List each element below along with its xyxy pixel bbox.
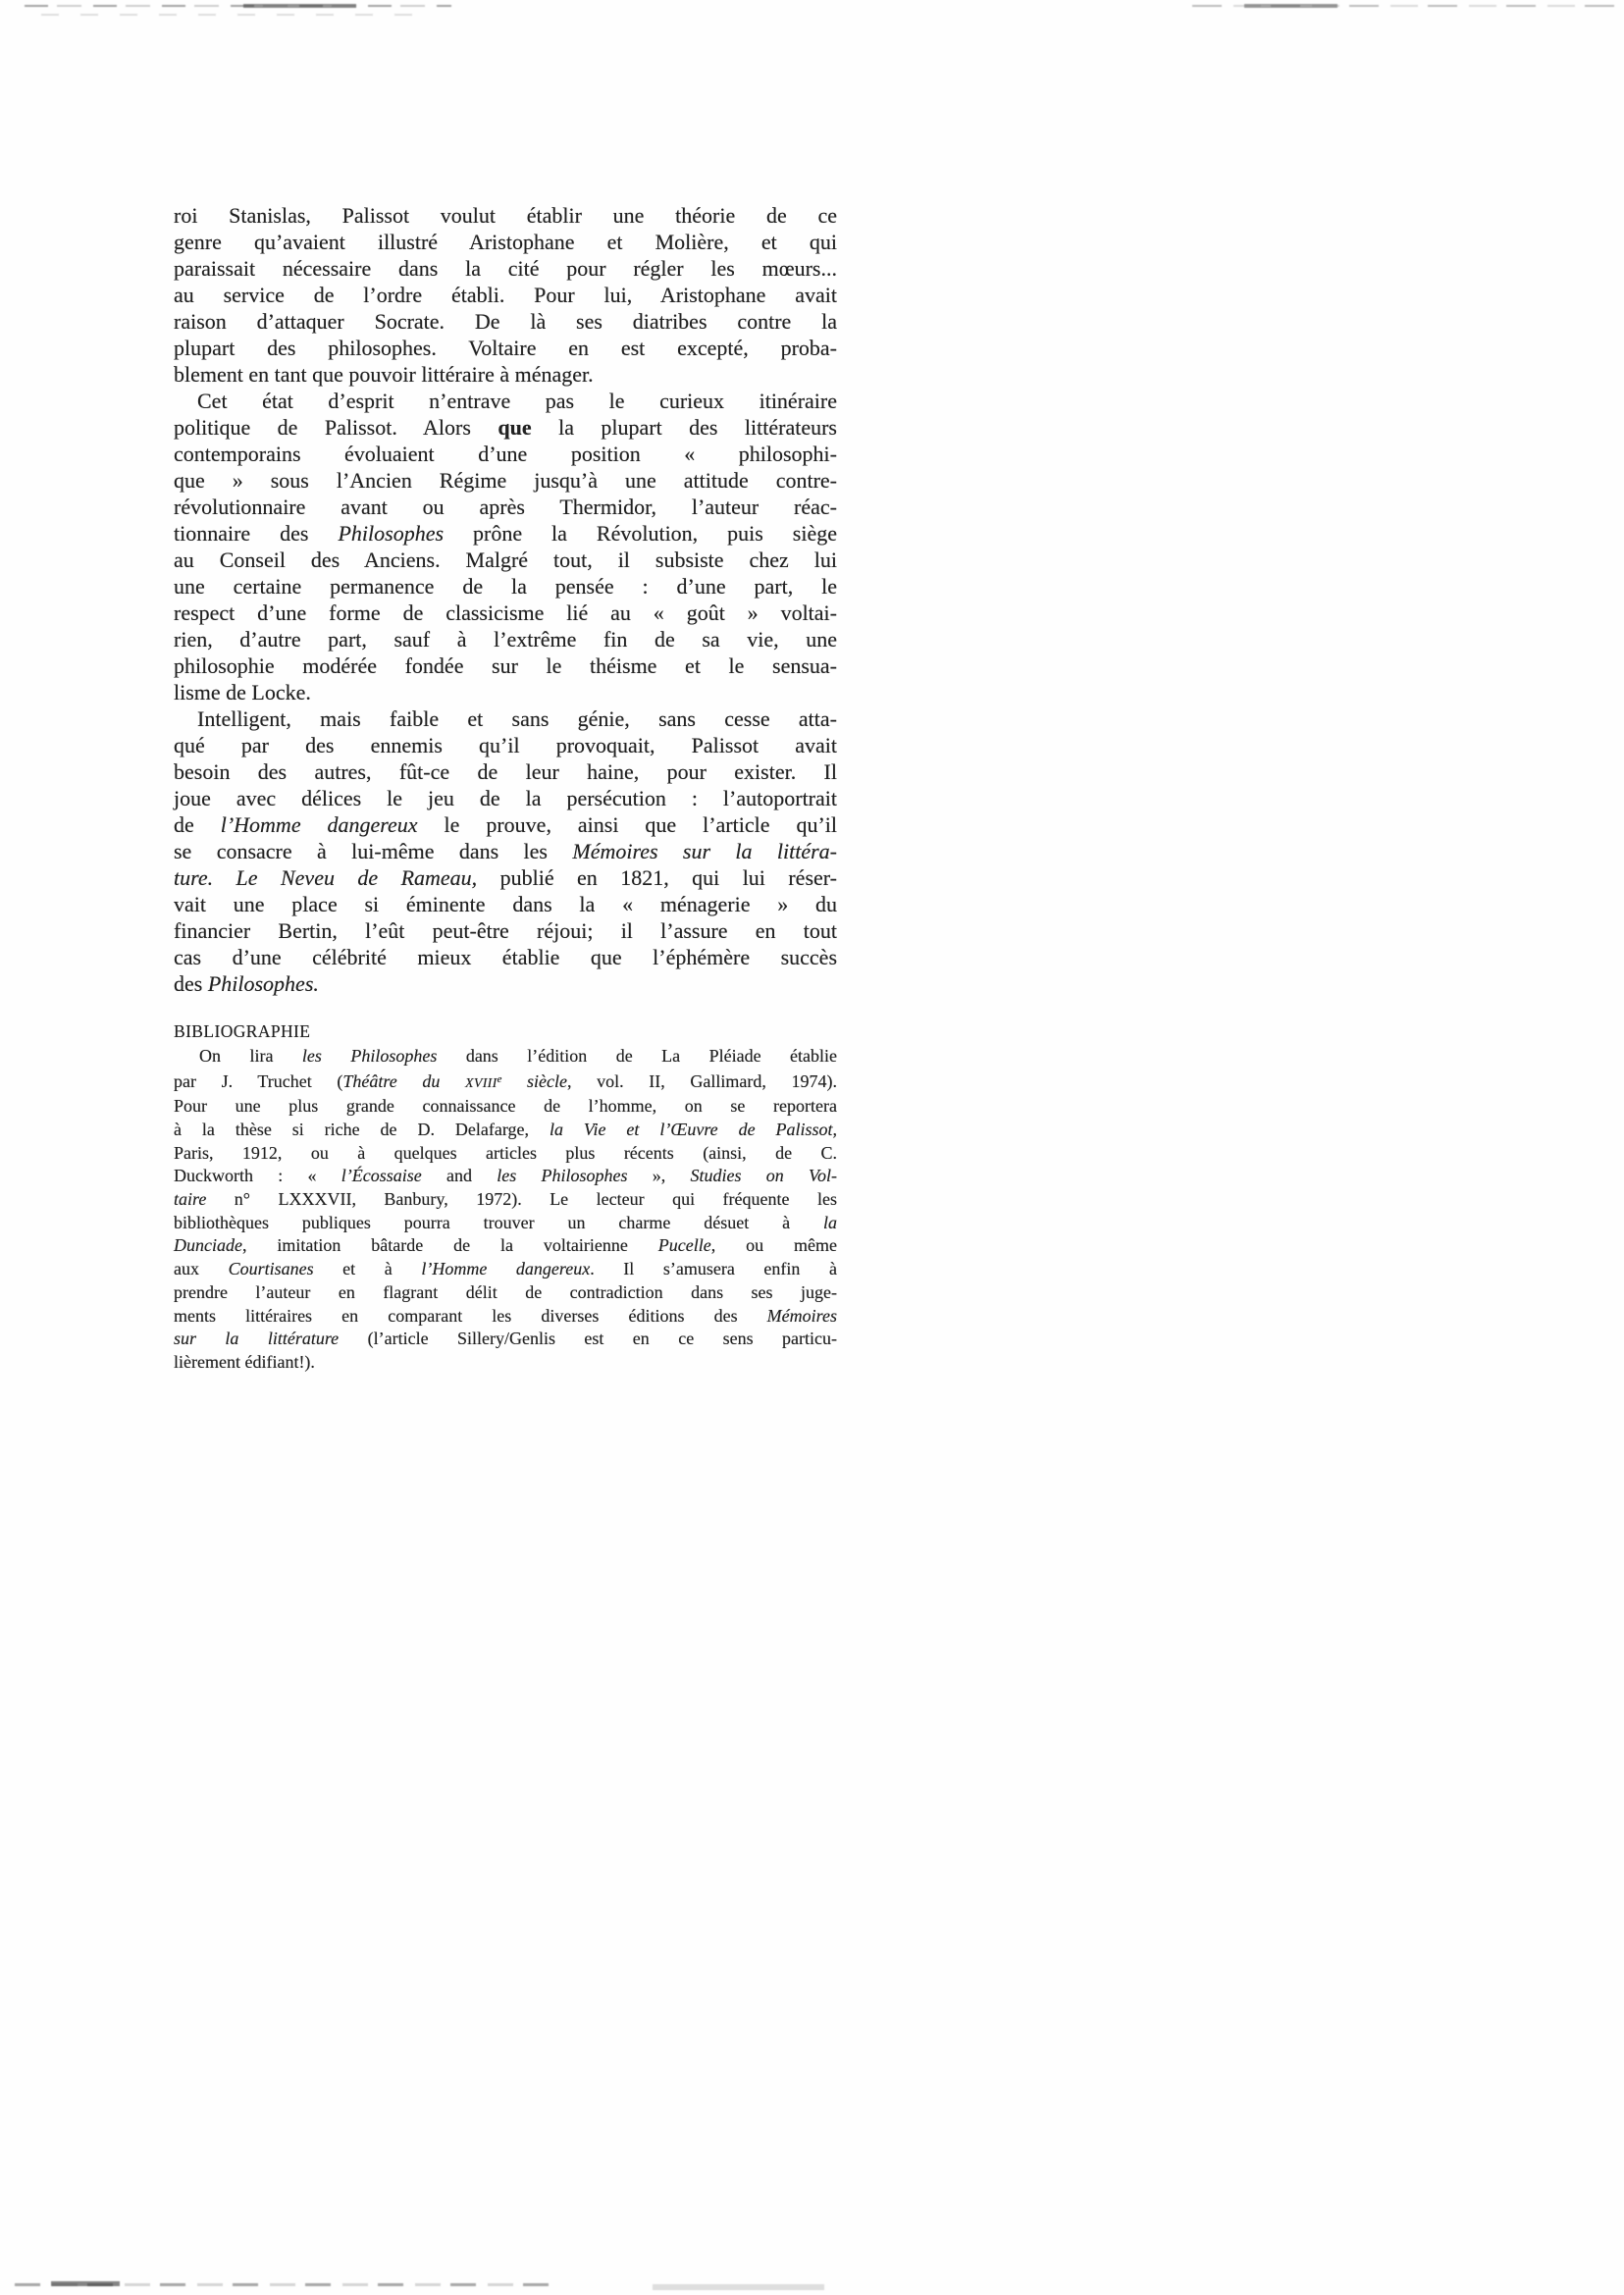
body-paragraph: roi Stanislas, Palissot voulut établir u… bbox=[174, 202, 837, 388]
text-line: genre qu’avaient illustré Aristophane et… bbox=[174, 229, 837, 255]
text-line: On lira les Philosophes dans l’édition d… bbox=[174, 1045, 837, 1069]
text-segment: Dunciade bbox=[174, 1235, 242, 1255]
text-segment: dans l’édition de La Pléiade établie bbox=[437, 1046, 837, 1066]
text-segment: l’Écossaise bbox=[341, 1166, 422, 1185]
text-segment: financier Bertin, l’eût peut-être réjoui… bbox=[174, 918, 837, 943]
text-segment: par J. Truchet ( bbox=[174, 1071, 342, 1091]
text-segment: et à bbox=[314, 1259, 422, 1278]
body-paragraph: Intelligent, mais faible et sans génie, … bbox=[174, 705, 837, 997]
text-line: sur la littérature (l’article Sillery/Ge… bbox=[174, 1328, 837, 1351]
text-line: par J. Truchet (Théâtre du xviiie siècle… bbox=[174, 1069, 837, 1096]
bibliography-text: On lira les Philosophes dans l’édition d… bbox=[174, 1045, 837, 1375]
text-segment: Théâtre du bbox=[342, 1071, 465, 1091]
text-line: Intelligent, mais faible et sans génie, … bbox=[174, 705, 837, 732]
text-line: paraissait nécessaire dans la cité pour … bbox=[174, 255, 837, 282]
text-line: cas d’une célébrité mieux établie que l’… bbox=[174, 944, 837, 970]
text-segment: à la thèse si riche de D. Delafarge, bbox=[174, 1120, 550, 1139]
scan-artifact-top-right bbox=[1192, 5, 1619, 7]
body-paragraph: Cet état d’esprit n’entrave pas le curie… bbox=[174, 388, 837, 705]
text-segment: contemporains évoluaient d’une position … bbox=[174, 442, 837, 466]
text-segment: les Philosophes bbox=[497, 1166, 627, 1185]
text-line: Pour une plus grande connaissance de l’h… bbox=[174, 1095, 837, 1119]
text-line: ture. Le Neveu de Rameau, publié en 1821… bbox=[174, 864, 837, 891]
text-segment: se consacre à lui-même dans les bbox=[174, 839, 572, 863]
text-segment: le prouve, ainsi que l’article qu’il bbox=[418, 812, 837, 837]
text-segment: , imitation bâtarde de la voltairienne bbox=[242, 1235, 658, 1255]
text-segment: au Conseil des Anciens. Malgré tout, il … bbox=[174, 548, 837, 572]
text-line: une certaine permanence de la pensée : d… bbox=[174, 573, 837, 600]
text-segment: On lira bbox=[199, 1046, 302, 1066]
text-segment: Studies on Vol- bbox=[691, 1166, 838, 1185]
text-segment: politique de Palissot. Alors bbox=[174, 415, 498, 440]
text-segment: tionnaire des bbox=[174, 521, 338, 546]
text-segment: genre qu’avaient illustré Aristophane et… bbox=[174, 230, 837, 254]
text-segment: la bbox=[823, 1213, 837, 1232]
text-segment: prendre l’auteur en flagrant délit de co… bbox=[174, 1282, 837, 1302]
text-line: au service de l’ordre établi. Pour lui, … bbox=[174, 282, 837, 308]
text-line: que » sous l’Ancien Régime jusqu’à une a… bbox=[174, 467, 837, 494]
text-segment: l’Homme dangereux bbox=[421, 1259, 590, 1278]
text-segment: n° LXXXVII, Banbury, 1972). Le lecteur q… bbox=[206, 1189, 837, 1209]
text-segment: Intelligent, mais faible et sans génie, … bbox=[197, 706, 837, 731]
text-segment: plupart des philosophes. Voltaire en est… bbox=[174, 336, 837, 360]
text-segment: », bbox=[627, 1166, 690, 1185]
text-line: se consacre à lui-même dans les Mémoires… bbox=[174, 838, 837, 864]
text-segment: aux bbox=[174, 1259, 229, 1278]
text-segment: roi Stanislas, Palissot voulut établir u… bbox=[174, 203, 837, 228]
text-line: au Conseil des Anciens. Malgré tout, il … bbox=[174, 547, 837, 573]
text-line: respect d’une forme de classicisme lié a… bbox=[174, 600, 837, 626]
text-line: roi Stanislas, Palissot voulut établir u… bbox=[174, 202, 837, 229]
text-segment: bibliothèques publiques pourra trouver u… bbox=[174, 1213, 823, 1232]
bibliography-heading: BIBLIOGRAPHIE bbox=[174, 1021, 837, 1042]
text-segment: de bbox=[174, 812, 221, 837]
scan-artifact-bottom-left bbox=[15, 2283, 550, 2286]
text-segment: raison d’attaquer Socrate. De là ses dia… bbox=[174, 309, 837, 334]
text-segment: respect d’une forme de classicisme lié a… bbox=[174, 600, 837, 625]
text-segment: Pucelle bbox=[658, 1235, 711, 1255]
text-segment: and bbox=[422, 1166, 498, 1185]
text-line: raison d’attaquer Socrate. De là ses dia… bbox=[174, 308, 837, 335]
text-segment: xviii bbox=[465, 1075, 498, 1091]
text-line: plupart des philosophes. Voltaire en est… bbox=[174, 335, 837, 361]
text-segment: sur la littérature bbox=[174, 1329, 339, 1348]
scan-artifact-top-right-dark bbox=[1244, 4, 1337, 8]
text-segment: , vol. II, Gallimard, 1974). bbox=[567, 1071, 837, 1091]
text-column: roi Stanislas, Palissot voulut établir u… bbox=[174, 202, 837, 1375]
text-segment: paraissait nécessaire dans la cité pour … bbox=[174, 256, 837, 281]
text-segment: ments littéraires en comparant les diver… bbox=[174, 1306, 767, 1326]
text-segment: Philosophes bbox=[338, 521, 444, 546]
text-segment: joue avec délices le jeu de la persécuti… bbox=[174, 786, 837, 810]
text-line: rien, d’autre part, sauf à l’extrême fin… bbox=[174, 626, 837, 652]
text-segment: philosophie modérée fondée sur le théism… bbox=[174, 653, 837, 678]
text-segment: l’Homme dangereux bbox=[221, 812, 418, 837]
text-line: révolutionnaire avant ou après Thermidor… bbox=[174, 494, 837, 520]
text-segment: qué par des ennemis qu’il provoquait, Pa… bbox=[174, 733, 837, 757]
text-segment: la plupart des littérateurs bbox=[532, 415, 837, 440]
text-segment: publié en 1821, qui lui réser- bbox=[477, 865, 837, 890]
article-body: roi Stanislas, Palissot voulut établir u… bbox=[174, 202, 837, 997]
scan-artifact-bottom-center bbox=[653, 2284, 824, 2290]
text-segment: que » sous l’Ancien Régime jusqu’à une a… bbox=[174, 468, 837, 493]
text-line: Duckworth : « l’Écossaise and les Philos… bbox=[174, 1165, 837, 1188]
text-segment: la Vie et l’Œuvre de Palissot, bbox=[550, 1120, 837, 1139]
scan-artifact-top-left bbox=[25, 5, 451, 7]
text-segment: les Philosophes bbox=[302, 1046, 437, 1066]
text-segment: Mémoires sur la littéra- bbox=[572, 839, 837, 863]
text-line: vait une place si éminente dans la « mén… bbox=[174, 891, 837, 917]
text-segment: révolutionnaire avant ou après Thermidor… bbox=[174, 495, 837, 519]
text-line: taire n° LXXXVII, Banbury, 1972). Le lec… bbox=[174, 1188, 837, 1212]
text-segment: taire bbox=[174, 1189, 206, 1209]
text-segment: Pour une plus grande connaissance de l’h… bbox=[174, 1096, 837, 1116]
text-segment: . Il s’amusera enfin à bbox=[590, 1259, 837, 1278]
text-segment: Mémoires bbox=[767, 1306, 837, 1326]
text-segment: besoin des autres, fût-ce de leur haine,… bbox=[174, 759, 837, 784]
text-line: de l’Homme dangereux le prouve, ainsi qu… bbox=[174, 811, 837, 838]
text-line: Cet état d’esprit n’entrave pas le curie… bbox=[174, 388, 837, 414]
text-line: lièrement édifiant!). bbox=[174, 1351, 837, 1375]
text-line: politique de Palissot. Alors que la plup… bbox=[174, 414, 837, 441]
text-line: bibliothèques publiques pourra trouver u… bbox=[174, 1212, 837, 1235]
text-segment: une certaine permanence de la pensée : d… bbox=[174, 574, 837, 599]
text-segment: vait une place si éminente dans la « mén… bbox=[174, 892, 837, 916]
scan-artifact-bottom-left-dark bbox=[51, 2281, 120, 2286]
text-segment: (l’article Sillery/Genlis est en ce sens… bbox=[339, 1329, 837, 1348]
scanned-page: roi Stanislas, Palissot voulut établir u… bbox=[0, 0, 1624, 2295]
text-segment: Courtisanes bbox=[229, 1259, 314, 1278]
text-segment: rien, d’autre part, sauf à l’extrême fin… bbox=[174, 627, 837, 652]
text-line: aux Courtisanes et à l’Homme dangereux. … bbox=[174, 1258, 837, 1281]
text-segment: des bbox=[174, 971, 208, 996]
text-segment: Philosophes. bbox=[208, 971, 319, 996]
text-segment: siècle bbox=[501, 1071, 567, 1091]
text-line: besoin des autres, fût-ce de leur haine,… bbox=[174, 758, 837, 785]
scan-artifact-top-left-dark bbox=[243, 4, 356, 8]
text-segment: Paris, 1912, ou à quelques articles plus… bbox=[174, 1143, 837, 1163]
text-line: contemporains évoluaient d’une position … bbox=[174, 441, 837, 467]
text-segment: Duckworth : « bbox=[174, 1166, 341, 1185]
text-line: tionnaire des Philosophes prône la Révol… bbox=[174, 520, 837, 547]
text-line: financier Bertin, l’eût peut-être réjoui… bbox=[174, 917, 837, 944]
text-line: qué par des ennemis qu’il provoquait, Pa… bbox=[174, 732, 837, 758]
text-line: prendre l’auteur en flagrant délit de co… bbox=[174, 1281, 837, 1305]
text-segment: , ou même bbox=[711, 1235, 837, 1255]
text-segment: prône la Révolution, puis siège bbox=[444, 521, 837, 546]
text-line: joue avec délices le jeu de la persécuti… bbox=[174, 785, 837, 811]
text-line: blement en tant que pouvoir littéraire à… bbox=[174, 361, 837, 388]
text-segment: blement en tant que pouvoir littéraire à… bbox=[174, 362, 594, 387]
text-segment: au service de l’ordre établi. Pour lui, … bbox=[174, 283, 837, 307]
text-segment: cas d’une célébrité mieux établie que l’… bbox=[174, 945, 837, 969]
text-line: philosophie modérée fondée sur le théism… bbox=[174, 652, 837, 679]
text-line: des Philosophes. bbox=[174, 970, 837, 997]
text-line: lisme de Locke. bbox=[174, 679, 837, 705]
text-segment: lisme de Locke. bbox=[174, 680, 311, 704]
text-line: Dunciade, imitation bâtarde de la voltai… bbox=[174, 1234, 837, 1258]
text-segment: ture. Le Neveu de Rameau, bbox=[174, 865, 477, 890]
text-segment: que bbox=[498, 415, 531, 440]
text-line: à la thèse si riche de D. Delafarge, la … bbox=[174, 1119, 837, 1142]
scan-artifact-top-left-faint bbox=[41, 14, 424, 16]
text-line: Paris, 1912, ou à quelques articles plus… bbox=[174, 1142, 837, 1166]
text-segment: lièrement édifiant!). bbox=[174, 1352, 315, 1372]
text-line: ments littéraires en comparant les diver… bbox=[174, 1305, 837, 1329]
text-segment: Cet état d’esprit n’entrave pas le curie… bbox=[197, 389, 837, 413]
